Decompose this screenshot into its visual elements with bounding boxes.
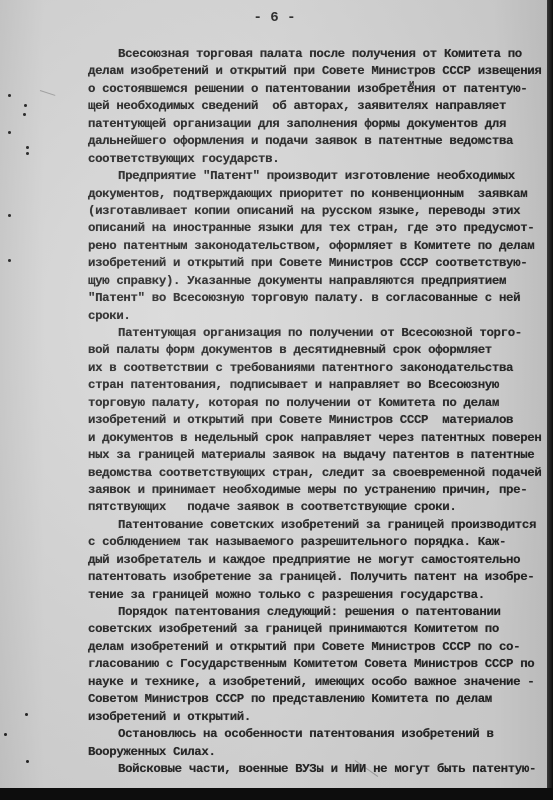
text-line: вой палаты форм документов в десятидневн…: [88, 342, 549, 359]
text-line: гласованию с Государственным Комитетом С…: [88, 656, 549, 673]
margin-punch-mark: [24, 104, 27, 107]
margin-punch-mark: [4, 733, 7, 736]
paper-scratch: [40, 90, 56, 96]
text-line: "Патент" во Всесоюзную торговую палату. …: [88, 290, 549, 307]
text-line: дый изобретатель и каждое предприятие не…: [88, 552, 549, 569]
margin-punch-mark: [8, 214, 11, 217]
margin-punch-mark: [8, 259, 11, 262]
text-line: изобретений и открытий.: [88, 709, 549, 726]
scan-edge-right: [547, 0, 553, 800]
text-line: Патентование советских изобретений за гр…: [88, 517, 549, 534]
page-number: - 6 -: [0, 10, 549, 26]
text-line: и документов в недельный срок направляет…: [88, 430, 549, 447]
text-line: Вооруженных Силах.: [88, 744, 549, 761]
text-line: тение за границей можно только с разреше…: [88, 587, 549, 604]
text-line: (изготавливает копии описаний на русском…: [88, 203, 549, 220]
text-line: ных за границей материалы заявок на выда…: [88, 447, 549, 464]
text-line: Всесоюзная торговая палата после получен…: [88, 46, 549, 63]
text-line: дальнейшего оформления и подачи заявок в…: [88, 133, 549, 150]
text-line: пятствующих подаче заявок в соответствую…: [88, 499, 549, 516]
text-line: их в соответствии с требованиями патентн…: [88, 360, 549, 377]
text-line: Войсковые части, военные ВУЗы и НИИ не м…: [88, 761, 549, 778]
text-line: ведомства соответствующих стран, следит …: [88, 465, 549, 482]
text-line: советских изобретений за границей приним…: [88, 621, 549, 638]
text-line: рено патентным законодательством, оформл…: [88, 238, 549, 255]
text-line: торговую палату, которая по получении от…: [88, 395, 549, 412]
text-line: описаний на иностранные языки для тех ст…: [88, 220, 549, 237]
text-line: с соблюдением так называемого разрешител…: [88, 534, 549, 551]
paragraph: Патентующая организация по получении от …: [88, 325, 549, 517]
paragraph: Порядок патентования следующий: решения …: [88, 604, 549, 726]
text-line: сроки.: [88, 308, 549, 325]
text-line: делам изобретений и открытий при Совете …: [88, 63, 549, 80]
text-line: Советом Министров СССР по представлению …: [88, 691, 549, 708]
text-line: заявок и принимает необходимые меры по у…: [88, 482, 549, 499]
text-line: о состоявшемся решении о патентовании из…: [88, 81, 549, 98]
text-line: патентовать изобретение за границей. Пол…: [88, 569, 549, 586]
paragraph: Всесоюзная торговая палата после получен…: [88, 46, 549, 168]
text-line: Предприятие "Патент" производит изготовл…: [88, 168, 549, 185]
scan-edge-bottom: [0, 788, 553, 800]
document-body: Всесоюзная торговая палата после получен…: [88, 46, 549, 778]
margin-punch-mark: [23, 113, 26, 116]
text-line: соответствующих государств.: [88, 151, 549, 168]
margin-punch-mark: [26, 760, 29, 763]
text-line: щую справку). Указанные документы направ…: [88, 273, 549, 290]
text-line: изобретений и открытий при Совете Минист…: [88, 255, 549, 272]
paragraph: Остановлюсь на особенности патентования …: [88, 726, 549, 761]
margin-punch-mark: [26, 146, 29, 149]
paragraph: Предприятие "Патент" производит изготовл…: [88, 168, 549, 325]
paragraph: Войсковые части, военные ВУЗы и НИИ не м…: [88, 761, 549, 778]
margin-punch-mark: [26, 152, 29, 155]
text-line: изобретений и открытий при Совете Минист…: [88, 412, 549, 429]
text-line: Патентующая организация по получении от …: [88, 325, 549, 342]
text-line: стран патентования, подписывает и направ…: [88, 377, 549, 394]
document-page: - 6 - и Всесоюзная торговая палата после…: [0, 0, 549, 790]
text-line: Порядок патентования следующий: решения …: [88, 604, 549, 621]
paragraph: Патентование советских изобретений за гр…: [88, 517, 549, 604]
margin-punch-mark: [8, 131, 11, 134]
text-line: документов, подтверждающих приоритет по …: [88, 186, 549, 203]
margin-punch-mark: [25, 713, 28, 716]
text-line: Остановлюсь на особенности патентования …: [88, 726, 549, 743]
text-line: щей необходимых сведений об авторах, зая…: [88, 98, 549, 115]
text-line: науке и технике, а изобретений, имеющих …: [88, 674, 549, 691]
text-line: делам изобретений и открытий при Совете …: [88, 639, 549, 656]
margin-punch-mark: [8, 94, 11, 97]
text-line: патентующей организации для заполнения ф…: [88, 116, 549, 133]
